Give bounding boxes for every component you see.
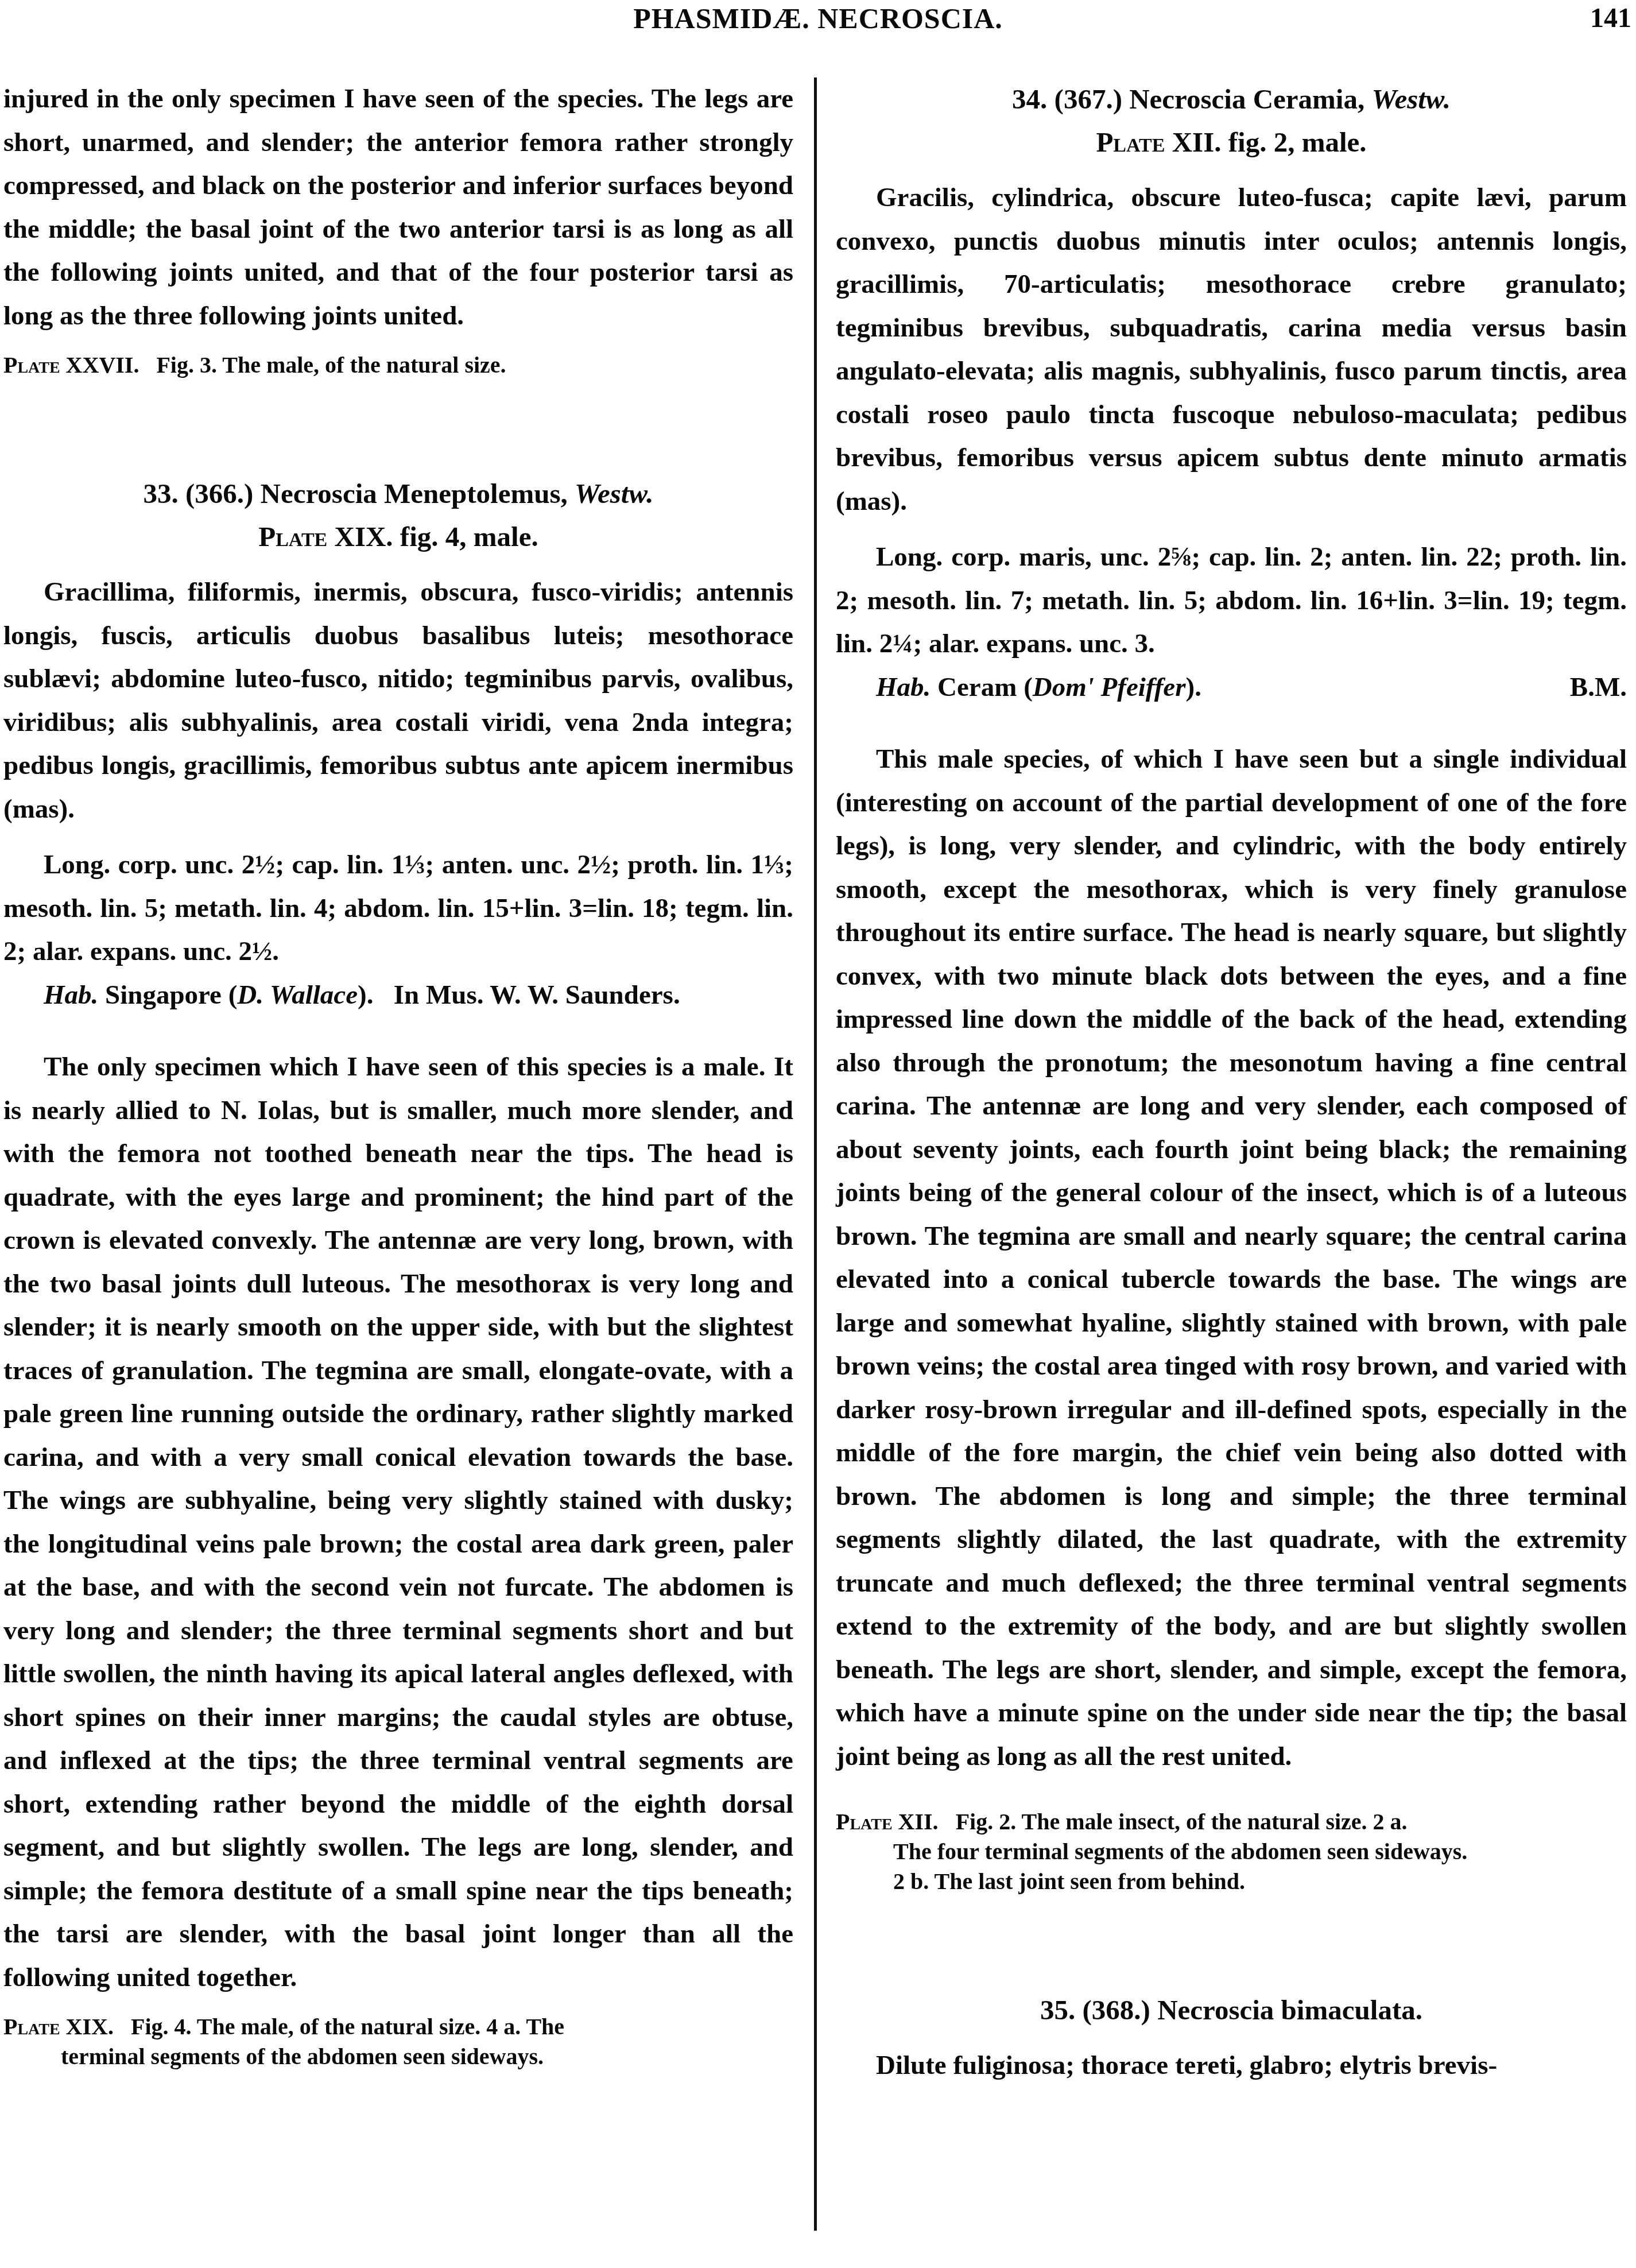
running-title: PHASMIDÆ. NECROSCIA.	[0, 1, 1636, 36]
description-paragraph: This male species, of which I have seen …	[836, 738, 1627, 1778]
habitat-collection: In Mus. W. W. Saunders.	[394, 980, 680, 1010]
plate-caption-line-2: The four terminal segments of the abdome…	[836, 1837, 1627, 1867]
habitat-close: ).	[358, 980, 373, 1010]
measurements: Long. corp. maris, unc. 2⅝; cap. lin. 2;…	[836, 536, 1627, 666]
habitat-close: ).	[1185, 672, 1201, 702]
plate-ref-text: XIX. fig. 4, male.	[335, 521, 538, 552]
species-author: Westw.	[1371, 83, 1450, 115]
species-number: 33. (366.)	[143, 478, 253, 509]
plate-caption-xii: Plate XII. Fig. 2. The male insect, of t…	[836, 1807, 1627, 1897]
latin-description: Dilute fuliginosa; thorace tereti, glabr…	[836, 2044, 1627, 2088]
plate-caption-xxvii: Plate XXVII. Fig. 3. The male, of the na…	[3, 350, 793, 380]
plate-caption-line-2: terminal segments of the abdomen seen si…	[3, 2042, 793, 2072]
right-column: 34. (367.) Necroscia Ceramia, Westw. Pla…	[836, 78, 1627, 2088]
species-34-plate-ref: Plate XII. fig. 2, male.	[836, 121, 1627, 164]
plate-caption-line-1: Fig. 4. The male, of the natural size. 4…	[131, 2014, 564, 2039]
habitat: Hab. Singapore (D. Wallace). In Mus. W. …	[3, 974, 793, 1017]
measurements: Long. corp. unc. 2½; cap. lin. 1⅓; anten…	[3, 843, 793, 974]
species-author: Westw.	[575, 478, 653, 509]
species-number: 35. (368.)	[1040, 1994, 1150, 2026]
habitat-label: Hab.	[44, 980, 98, 1010]
plate-ref-label: Plate	[258, 521, 327, 552]
habitat: Hab. Ceram (Dom' Pfeiffer). B.M.	[836, 666, 1627, 710]
running-head: PHASMIDÆ. NECROSCIA. 141	[0, 0, 1636, 40]
species-name: Necroscia Ceramia,	[1129, 83, 1364, 115]
species-number: 34. (367.)	[1012, 83, 1122, 115]
page-number: 141	[1590, 1, 1631, 36]
habitat-collector: D. Wallace	[237, 980, 358, 1010]
habitat-place: Ceram (	[937, 672, 1033, 702]
habitat-label: Hab.	[876, 672, 931, 702]
plate-ref-label: Plate	[1096, 126, 1165, 158]
species-name: Necroscia Meneptolemus,	[261, 478, 568, 509]
habitat-collector: Dom' Pfeiffer	[1033, 672, 1186, 702]
plate-label: Plate XIX.	[3, 2014, 114, 2039]
description-paragraph: The only specimen which I have seen of t…	[3, 1046, 793, 1999]
plate-label: Plate XII.	[836, 1809, 939, 1834]
species-name: Necroscia bimaculata.	[1157, 1994, 1422, 2026]
habitat-collection: B.M.	[1570, 666, 1627, 710]
species-35-heading: 35. (368.) Necroscia bimaculata.	[836, 1988, 1627, 2031]
species-33-plate-ref: Plate XIX. fig. 4, male.	[3, 515, 793, 558]
plate-caption-line-3: 2 b. The last joint seen from behind.	[836, 1867, 1627, 1897]
plate-caption-xix: Plate XIX. Fig. 4. The male, of the natu…	[3, 2012, 793, 2072]
species-34-heading: 34. (367.) Necroscia Ceramia, Westw.	[836, 78, 1627, 121]
latin-description: Gracilis, cylindrica, obscure luteo-fusc…	[836, 176, 1627, 523]
plate-caption-line-1: Fig. 2. The male insect, of the natural …	[956, 1809, 1408, 1834]
plate-label: Plate XXVII.	[3, 352, 139, 378]
plate-caption-text: Fig. 3. The male, of the natural size.	[156, 352, 506, 378]
plate-ref-text: XII. fig. 2, male.	[1172, 126, 1367, 158]
latin-description: Gracillima, filiformis, inermis, obscura…	[3, 571, 793, 831]
continuation-paragraph: injured in the only specimen I have seen…	[3, 78, 793, 338]
column-divider	[814, 78, 817, 2231]
habitat-place: Singapore (	[105, 980, 237, 1010]
species-33-heading: 33. (366.) Necroscia Meneptolemus, Westw…	[3, 472, 793, 515]
left-column: injured in the only specimen I have seen…	[3, 78, 793, 2072]
